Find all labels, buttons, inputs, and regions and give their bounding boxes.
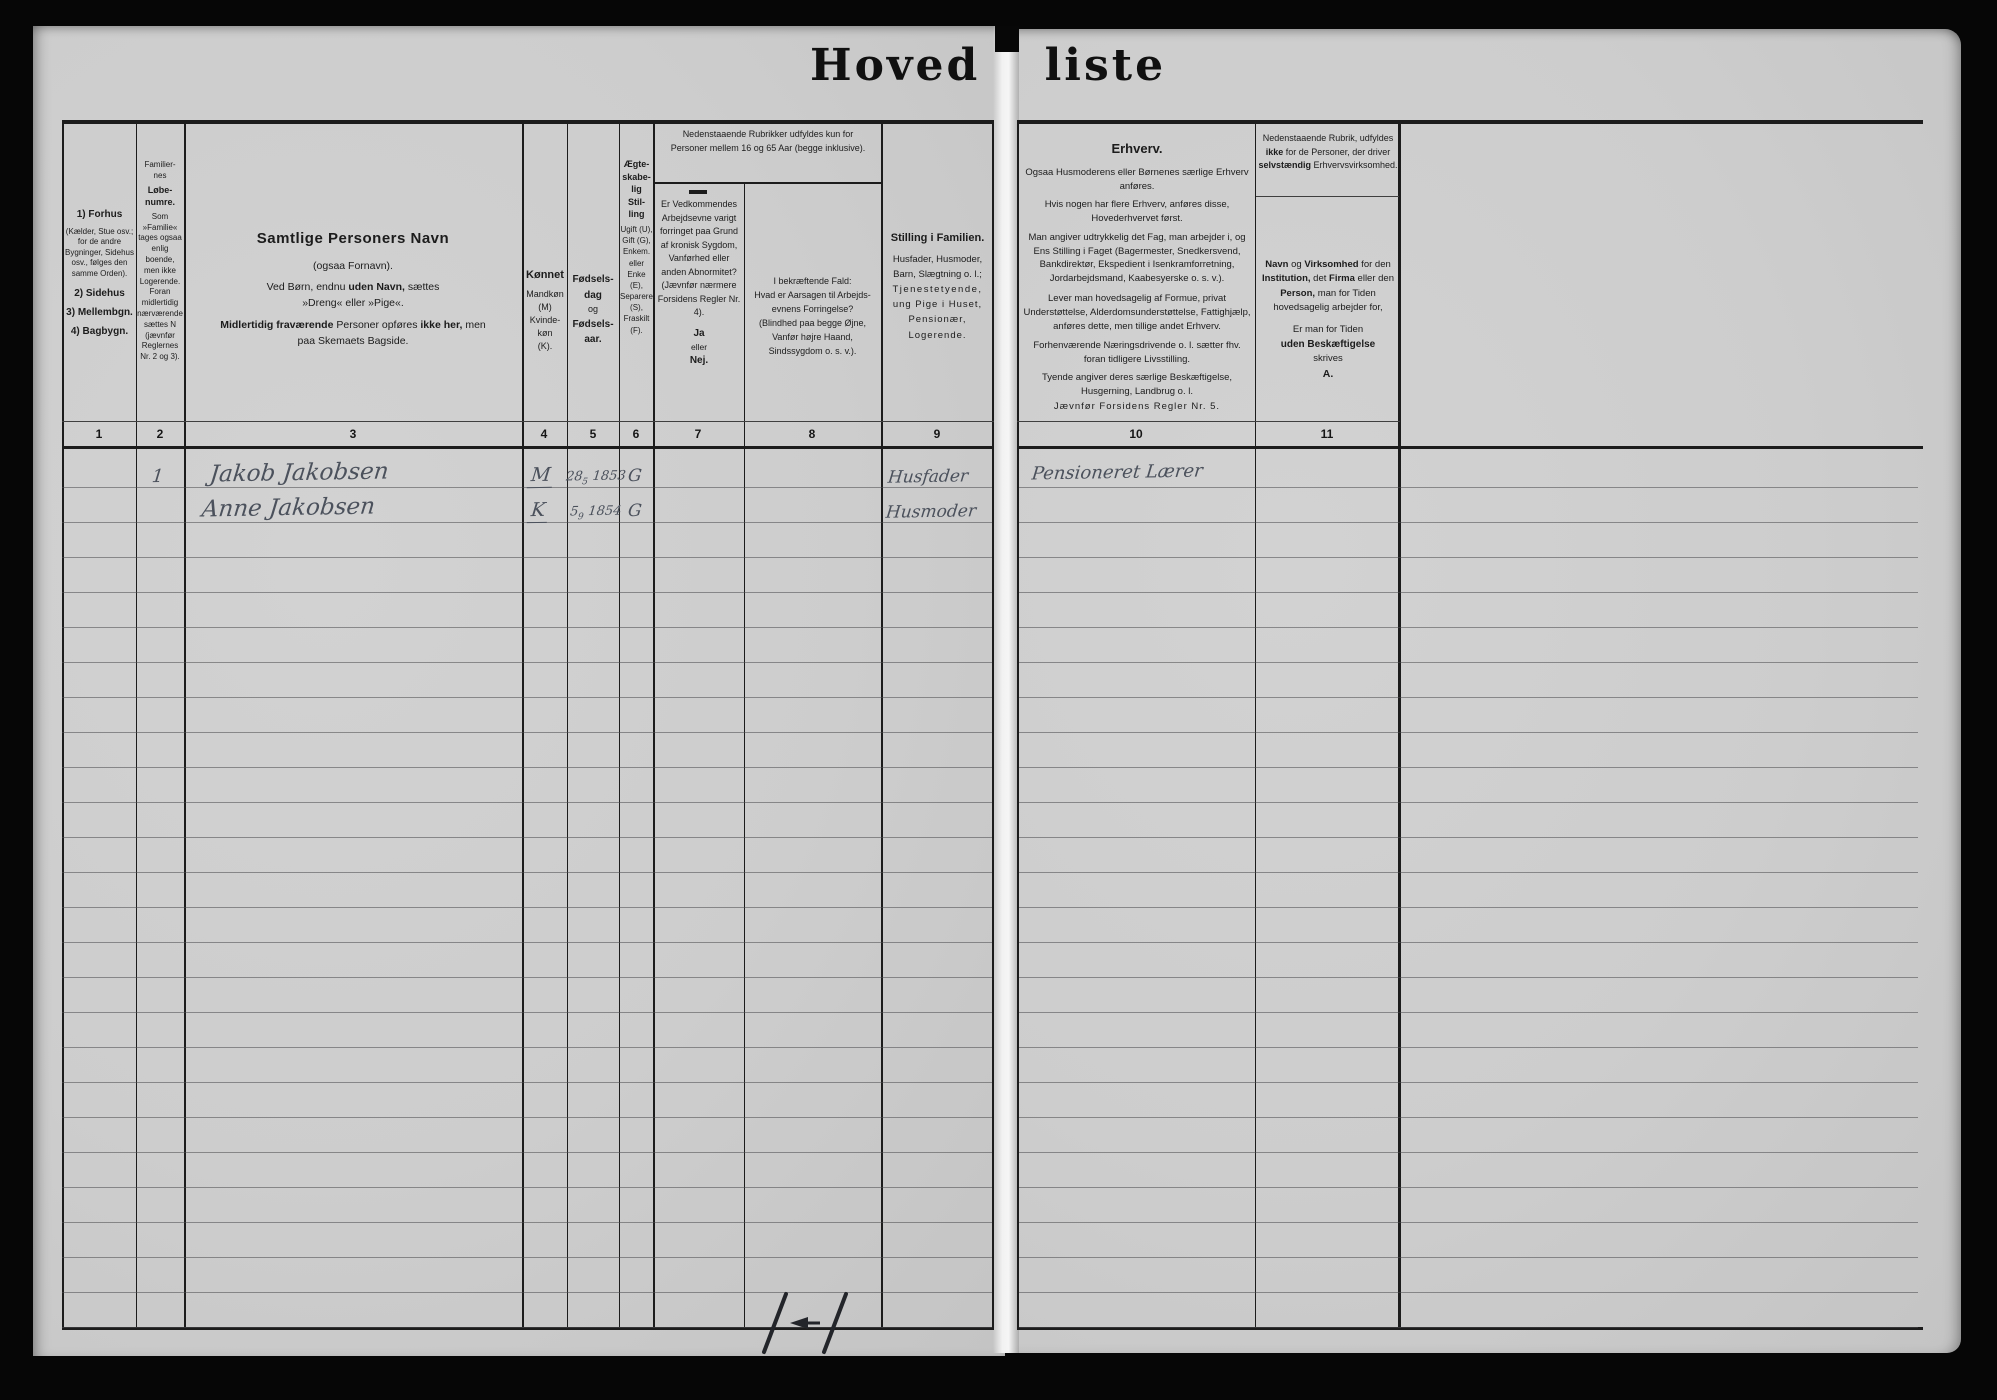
column-number: 7: [678, 427, 718, 441]
form-title: Hoved liste: [810, 40, 1210, 91]
row-lines-left: [62, 453, 992, 1329]
group78-text: Personer mellem 16 og 65 Aar (begge inkl…: [656, 142, 880, 156]
col6-values: Ugift (U), Gift (G), Enkem. eller Enke (…: [620, 224, 653, 336]
row-lines-right: [1019, 453, 1918, 1329]
col3-text-bold: uden Navn,: [348, 281, 405, 293]
col6-title: ling: [620, 208, 653, 221]
col1-item: 3) Mellembgn.: [64, 306, 135, 319]
birth-year: 1854: [588, 504, 623, 520]
entry-name: Jakob Jakobsen: [208, 458, 390, 487]
grid-line: [1017, 421, 1400, 422]
col11-text: Er man for Tiden: [1258, 323, 1398, 337]
col5-text: Fødsels-: [568, 272, 618, 288]
entry-occupation: Pensioneret Lærer: [1031, 461, 1204, 485]
header-col10: Erhverv. Ogsaa Husmoderens eller Børnene…: [1022, 140, 1252, 420]
col10-paragraph: Tyende angiver deres særlige Beskæftigel…: [1022, 371, 1252, 399]
entry-position: Husfader: [887, 466, 969, 487]
col9-text: Barn, Slægtning o. l.;: [883, 267, 992, 282]
column-number: 1: [79, 427, 119, 441]
header-group-7-8: Nedenstaaende Rubrikker udfyldes kun for…: [656, 128, 880, 156]
col9-text: Logerende.: [883, 328, 992, 343]
page-gutter: [993, 26, 1019, 1353]
grid-line: [992, 124, 994, 1328]
col4-text: Mandkøn: [523, 288, 567, 301]
col1-heading: 1) Forhus: [64, 208, 135, 221]
col6-title: lig: [620, 183, 653, 196]
col10-paragraph: Hvis nogen har flere Erhverv, anføres di…: [1022, 198, 1252, 226]
col2-note: Som »Familie« tages ogsaa enlig boende, …: [137, 212, 183, 363]
entry-marital: G: [627, 466, 643, 486]
column-number: 10: [1116, 427, 1156, 441]
col3-text: Personer opføres: [333, 319, 420, 331]
col3-text-bold: ikke her,: [420, 319, 462, 331]
col6-title: Ægte-: [620, 158, 653, 171]
header-col6: Ægte- skabe- lig Stil- ling Ugift (U), G…: [620, 158, 653, 336]
col11-text: Erhvervsvirksomhed.: [1311, 160, 1398, 170]
col8-text: evnens Forringelse?: [746, 303, 879, 317]
col11-text-bold: Institution,: [1262, 273, 1311, 284]
col6-title: Stil-: [620, 196, 653, 209]
col4-title: Kønnet: [523, 268, 567, 284]
col1-note: (Kælder, Stue osv.; for de andre Bygning…: [64, 227, 135, 279]
col5-text: og: [568, 303, 618, 317]
col3-text: paa Skemaets Bagside.: [190, 334, 516, 350]
grid-line: [1256, 196, 1399, 197]
col3-text-bold: Midlertidig fraværende: [220, 319, 333, 331]
col1-item: 2) Sidehus: [64, 287, 135, 300]
col5-text: dag: [568, 288, 618, 304]
header-col2: Familier- nes Løbe- numre. Som »Familie«…: [137, 160, 183, 363]
col3-text: men: [462, 319, 485, 331]
header-col4: Kønnet Mandkøn (M) Kvinde- køn (K).: [523, 268, 567, 353]
col11-text-bold: Person,: [1280, 288, 1315, 299]
col11-text-bold: A.: [1258, 367, 1398, 383]
scanned-census-spread: Hoved liste 1 2 3 4 5 6 7 8 9 10 11 1) F…: [0, 0, 1997, 1400]
col11-text: skrives: [1258, 352, 1398, 366]
col8-text: Vanfør højre Haand,: [746, 331, 879, 345]
header-col3: Samtlige Personers Navn (ogsaa Fornavn).…: [190, 228, 516, 355]
col9-text: Pensionær,: [883, 312, 992, 327]
col11-text: for den: [1359, 259, 1391, 270]
entry-marital: G: [627, 501, 643, 521]
column-number: 9: [917, 427, 957, 441]
entry-birthdate: 285 1853: [565, 468, 627, 487]
header-col7: Er Vedkommendes Arbejdsevne varigt forri…: [656, 198, 742, 368]
birth-year: 1853: [592, 468, 627, 484]
entry-birthdate: 59 1854: [569, 504, 622, 523]
column-number: 2: [140, 427, 180, 441]
col1-item: 4) Bagbygn.: [64, 325, 135, 338]
col2-line: nes: [137, 171, 183, 182]
col7-body: Er Vedkommendes Arbejdsevne varigt forri…: [656, 198, 742, 320]
col7-nej: Nej.: [656, 353, 742, 368]
col11-text: Nedenstaaende Rubrik, udfyldes: [1263, 133, 1394, 143]
col10-paragraph: Jævnfør Forsidens Regler Nr. 5.: [1022, 400, 1252, 414]
col8-text: Sindssygdom o. s. v.).: [746, 345, 879, 359]
header-col8: I bekræftende Fald: Hvad er Aarsagen til…: [746, 275, 879, 359]
col3-text: sættes: [405, 281, 439, 293]
col8-text: I bekræftende Fald:: [746, 275, 879, 289]
header-col5: Fødsels- dag og Fødsels- aar.: [568, 272, 618, 348]
col9-text: Husfader, Husmoder,: [883, 252, 992, 267]
col4-text: køn: [523, 327, 567, 340]
col8-text: (Blindhed paa begge Øjne,: [746, 317, 879, 331]
col11-text-bold: ikke: [1266, 147, 1284, 157]
col11-text-bold: selvstændig: [1258, 160, 1311, 170]
col11-text: eller den: [1355, 273, 1394, 284]
col11-text: det: [1311, 273, 1330, 284]
col11-text-bold: Navn: [1265, 259, 1288, 270]
header-col1: 1) Forhus (Kælder, Stue osv.; for de and…: [64, 208, 135, 344]
col11-text-bold: Firma: [1329, 273, 1355, 284]
col2-line: numre.: [137, 196, 183, 208]
col9-text: ung Pige i Huset,: [883, 297, 992, 312]
col6-title: skabe-: [620, 171, 653, 184]
table-top-border-right: [1017, 120, 1923, 124]
birth-month: 9: [577, 512, 584, 522]
col4-text: (K).: [523, 340, 567, 353]
col11-text: for de Personer, der driver: [1283, 147, 1390, 157]
group78-text: Nedenstaaende Rubrikker udfyldes kun for: [656, 128, 880, 142]
col5-text: Fødsels-: [568, 317, 618, 333]
col11-text-bold: uden Beskæftigelse: [1258, 337, 1398, 352]
col9-text: Tjenestetyende,: [883, 282, 992, 297]
grid-line: [62, 446, 994, 449]
header-col9: Stilling i Familien. Husfader, Husmoder,…: [883, 230, 992, 343]
col10-paragraph: Lever man hovedsagelig af Formue, privat…: [1022, 292, 1252, 333]
birth-month: 5: [582, 477, 589, 487]
entry-sex: M: [527, 464, 555, 488]
grid-line: [1017, 446, 1923, 449]
col9-title: Stilling i Familien.: [883, 230, 992, 248]
entry-sex: K: [527, 499, 550, 523]
col10-paragraph: Man angiver udtrykkelig det Fag, man arb…: [1022, 231, 1252, 286]
col2-line: Familier-: [137, 160, 183, 171]
column-number: 8: [792, 427, 832, 441]
column-number: 3: [333, 427, 373, 441]
entry-name: Anne Jakobsen: [200, 493, 376, 522]
col3-text: »Dreng« eller »Pige«.: [190, 296, 516, 312]
col4-text: (M): [523, 301, 567, 314]
entry-family-number: 1: [151, 466, 165, 487]
column-number: 4: [524, 427, 564, 441]
col11-text-bold: Virksomhed: [1304, 259, 1358, 270]
col3-text: Ved Børn, endnu: [267, 281, 349, 293]
col7-eller: eller: [656, 341, 742, 354]
header-col11-main: Navn og Virksomhed for den Institution, …: [1258, 258, 1398, 382]
col5-text: aar.: [568, 332, 618, 348]
col7-ja: Ja: [656, 326, 742, 341]
col10-title: Erhverv.: [1022, 140, 1252, 159]
col3-sub: (ogsaa Fornavn).: [190, 259, 516, 275]
birth-day: 28: [565, 469, 583, 484]
column-number: 11: [1307, 427, 1347, 441]
col10-paragraph: Forhenværende Næringsdrivende o. l. sætt…: [1022, 339, 1252, 367]
grid-line: [62, 421, 994, 422]
col10-paragraph: Ogsaa Husmoderens eller Børnenes særlige…: [1022, 166, 1252, 194]
col2-line: Løbe-: [137, 184, 183, 196]
column-number: 5: [573, 427, 613, 441]
col4-text: Kvinde-: [523, 314, 567, 327]
header-col11-note: Nedenstaaende Rubrik, udfyldes ikke for …: [1258, 132, 1398, 173]
col8-text: Hvad er Aarsagen til Arbejds-: [746, 289, 879, 303]
col3-title: Samtlige Personers Navn: [190, 228, 516, 251]
tally-mark-icon: [748, 1286, 868, 1361]
column-number: 6: [616, 427, 656, 441]
table-top-border-left: [62, 120, 994, 124]
header-dash: [689, 190, 707, 194]
entry-position: Husmoder: [885, 501, 977, 523]
grid-line: [653, 182, 882, 184]
col11-text: og: [1288, 259, 1304, 270]
